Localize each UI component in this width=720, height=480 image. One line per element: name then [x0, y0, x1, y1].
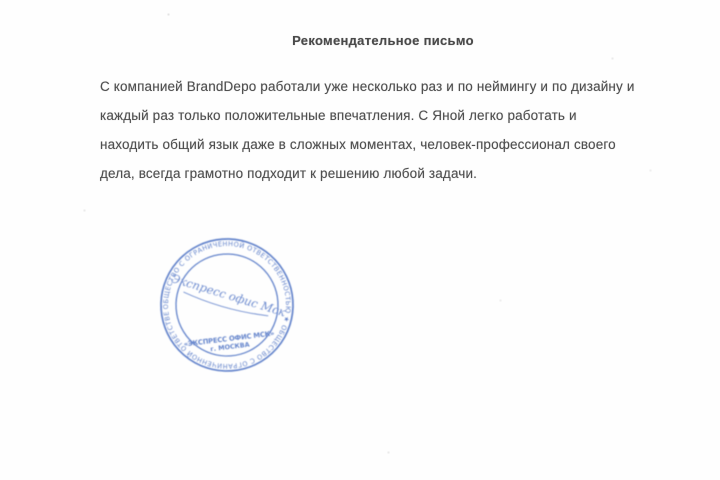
stamp-seal-graphic: ОБЩЕСТВО С ОГРАНИЧЕННОЙ ОТВЕТСТВЕННОСТЬЮ…: [146, 224, 308, 386]
stamp-signature-script: Экспресс офис Мск: [168, 271, 287, 324]
letter-line: каждый раз только положительные впечатле…: [100, 101, 675, 130]
letter-line: дела, всегда грамотно подходит к решению…: [100, 159, 675, 188]
scan-noise: [0, 0, 1, 1]
svg-text:Экспресс офис Мск: Экспресс офис Мск: [170, 271, 288, 319]
letter-line: С компанией BrandDepo работали уже неско…: [100, 72, 675, 101]
letter-title: Рекомендательное письмо: [0, 33, 720, 48]
company-round-stamp: ОБЩЕСТВО С ОГРАНИЧЕННОЙ ОТВЕТСТВЕННОСТЬЮ…: [146, 224, 308, 386]
letter-line: находить общий язык даже в сложных момен…: [100, 130, 675, 159]
letter-body: С компанией BrandDepo работали уже неско…: [100, 72, 675, 188]
scanned-letter-page: Рекомендательное письмо С компанией Bran…: [0, 0, 720, 480]
